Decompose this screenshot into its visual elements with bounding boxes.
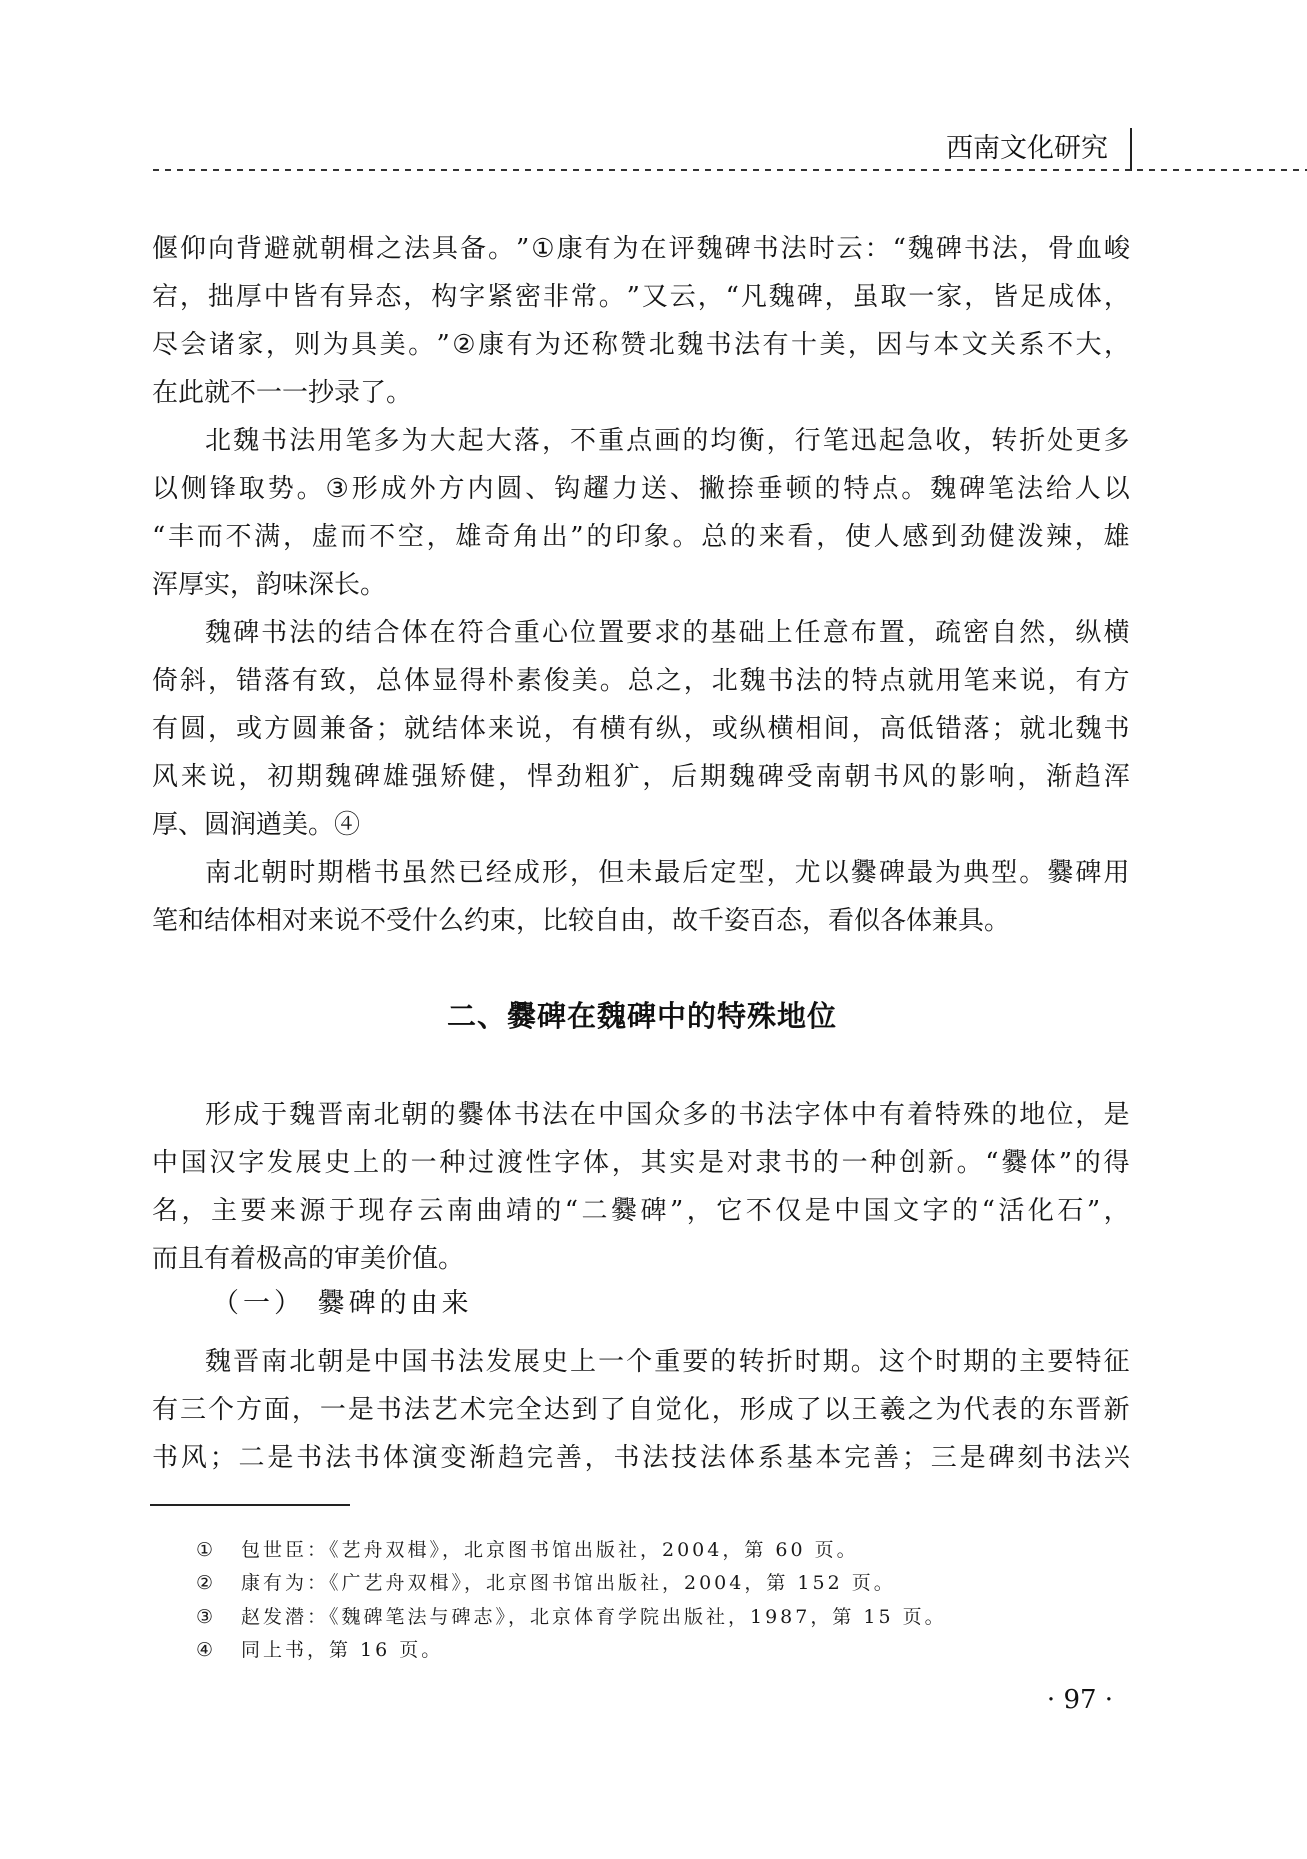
text-line: 魏碑书法的结合体在符合重心位置要求的基础上任意布置，疏密自然，纵横 xyxy=(205,616,1130,650)
text-line: 中国汉字发展史上的一种过渡性字体，其实是对隶书的一种创新。“爨体”的得 xyxy=(152,1146,1130,1180)
page-number: · 97 · xyxy=(1040,1684,1120,1716)
text-line: 而且有着极高的审美价值。 xyxy=(152,1242,1130,1276)
footnote: ②康有为：《广艺舟双楫》，北京图书馆出版社，2004，第 152 页。 xyxy=(196,1569,896,1597)
footnote-mark: ③ xyxy=(196,1603,241,1631)
text-line: 在此就不一一抄录了。 xyxy=(152,376,1130,410)
text-line: 浑厚实，韵味深长。 xyxy=(152,568,1130,602)
text-line: 有圆，或方圆兼备；就结体来说，有横有纵，或纵横相间，高低错落；就北魏书 xyxy=(152,712,1130,746)
text-line: 有三个方面，一是书法艺术完全达到了自觉化，形成了以王羲之为代表的东晋新 xyxy=(152,1393,1130,1427)
text-line: 笔和结体相对来说不受什么约束，比较自由，故千姿百态，看似各体兼具。 xyxy=(152,904,1130,938)
text-line: 偃仰向背避就朝楫之法具备。”①康有为在评魏碑书法时云：“魏碑书法，骨血峻 xyxy=(152,232,1130,266)
text-line: 尽会诸家，则为具美。”②康有为还称赞北魏书法有十美，因与本文关系不大， xyxy=(152,328,1130,362)
header-dashed-rule xyxy=(153,169,1307,171)
footnote-text: 康有为：《广艺舟双楫》，北京图书馆出版社，2004，第 152 页。 xyxy=(241,1572,896,1594)
footnote: ③赵发潜：《魏碑笔法与碑志》，北京体育学院出版社，1987，第 15 页。 xyxy=(196,1603,947,1631)
footnote-text: 同上书，第 16 页。 xyxy=(241,1639,443,1661)
footnote-mark: ④ xyxy=(196,1636,241,1664)
text-line: 南北朝时期楷书虽然已经成形，但未最后定型，尤以爨碑最为典型。爨碑用 xyxy=(205,856,1130,890)
text-line: 名，主要来源于现存云南曲靖的“二爨碑”，它不仅是中国文字的“活化石”， xyxy=(152,1194,1130,1228)
footnote-mark: ② xyxy=(196,1569,241,1597)
text-line: 书风；二是书法书体演变渐趋完善，书法技法体系基本完善；三是碑刻书法兴 xyxy=(152,1441,1130,1475)
section-heading: 二、爨碑在魏碑中的特殊地位 xyxy=(0,996,1284,1036)
text-line: 宕，拙厚中皆有异态，构字紧密非常。”又云，“凡魏碑，虽取一家，皆足成体， xyxy=(152,280,1130,314)
footnote-text: 赵发潜：《魏碑笔法与碑志》，北京体育学院出版社，1987，第 15 页。 xyxy=(241,1606,947,1628)
running-head-title: 西南文化研究 xyxy=(946,128,1126,170)
footnote-mark: ① xyxy=(196,1536,241,1564)
sub-heading: （一） 爨碑的由来 xyxy=(212,1286,473,1322)
footnote-rule xyxy=(150,1504,350,1506)
text-line: 以侧锋取势。③形成外方内圆、钩趯力送、撇捺垂顿的特点。魏碑笔法给人以 xyxy=(152,472,1130,506)
text-line: 形成于魏晋南北朝的爨体书法在中国众多的书法字体中有着特殊的地位，是 xyxy=(205,1098,1130,1132)
footnote-text: 包世臣：《艺舟双楫》，北京图书馆出版社，2004，第 60 页。 xyxy=(241,1539,859,1561)
footnote: ④同上书，第 16 页。 xyxy=(196,1636,443,1664)
text-line: 风来说，初期魏碑雄强矫健，悍劲粗犷，后期魏碑受南朝书风的影响，渐趋浑 xyxy=(152,760,1130,794)
text-line: 北魏书法用笔多为大起大落，不重点画的均衡，行笔迅起急收，转折处更多 xyxy=(205,424,1130,458)
footnote: ①包世臣：《艺舟双楫》，北京图书馆出版社，2004，第 60 页。 xyxy=(196,1536,859,1564)
text-line: 倚斜，错落有致，总体显得朴素俊美。总之，北魏书法的特点就用笔来说，有方 xyxy=(152,664,1130,698)
text-line: 厚、圆润遒美。④ xyxy=(152,808,1130,842)
text-line: 魏晋南北朝是中国书法发展史上一个重要的转折时期。这个时期的主要特征 xyxy=(205,1345,1130,1379)
text-line: “丰而不满，虚而不空，雄奇角出”的印象。总的来看，使人感到劲健泼辣，雄 xyxy=(152,520,1130,554)
running-head-divider xyxy=(1130,128,1132,171)
